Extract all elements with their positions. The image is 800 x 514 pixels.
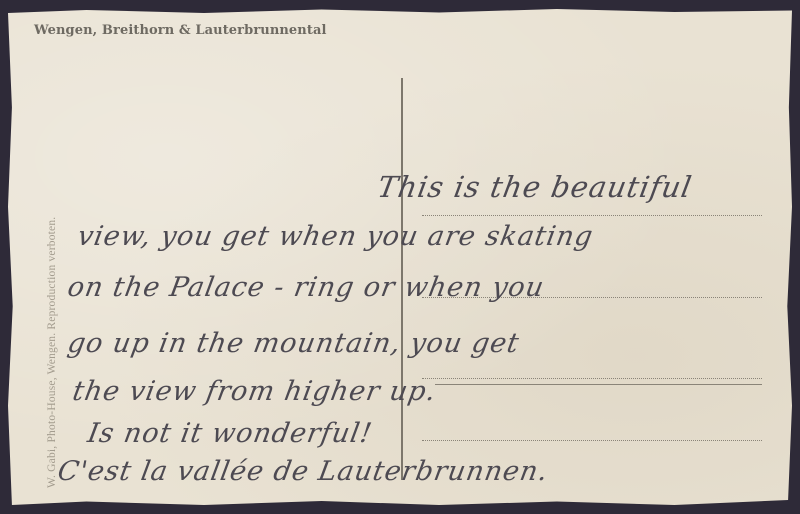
message-line-5: the view from higher up. — [70, 376, 439, 407]
postcard-back: Wengen, Breithorn & Lauterbrunnental W. … — [8, 8, 792, 505]
address-line-1 — [422, 215, 762, 216]
message-line-1: This is the beautiful — [375, 170, 695, 204]
address-line-4 — [422, 440, 762, 441]
address-line-3 — [422, 378, 762, 379]
address-line-3-underline — [435, 384, 762, 385]
message-line-2: view, you get when you are skating — [75, 221, 596, 252]
message-line-4: go up in the mountain, you get — [65, 328, 522, 359]
publisher-note: W. Gabi, Photo-House, Wengen. Reproducti… — [46, 217, 58, 488]
message-line-7: C'est la vallée de Lauterbrunnen. — [55, 456, 551, 487]
message-line-6: Is not it wonderful! — [85, 418, 375, 449]
message-line-3: on the Palace - ring or when you — [65, 272, 547, 303]
postcard-title: Wengen, Breithorn & Lauterbrunnental — [34, 23, 327, 38]
